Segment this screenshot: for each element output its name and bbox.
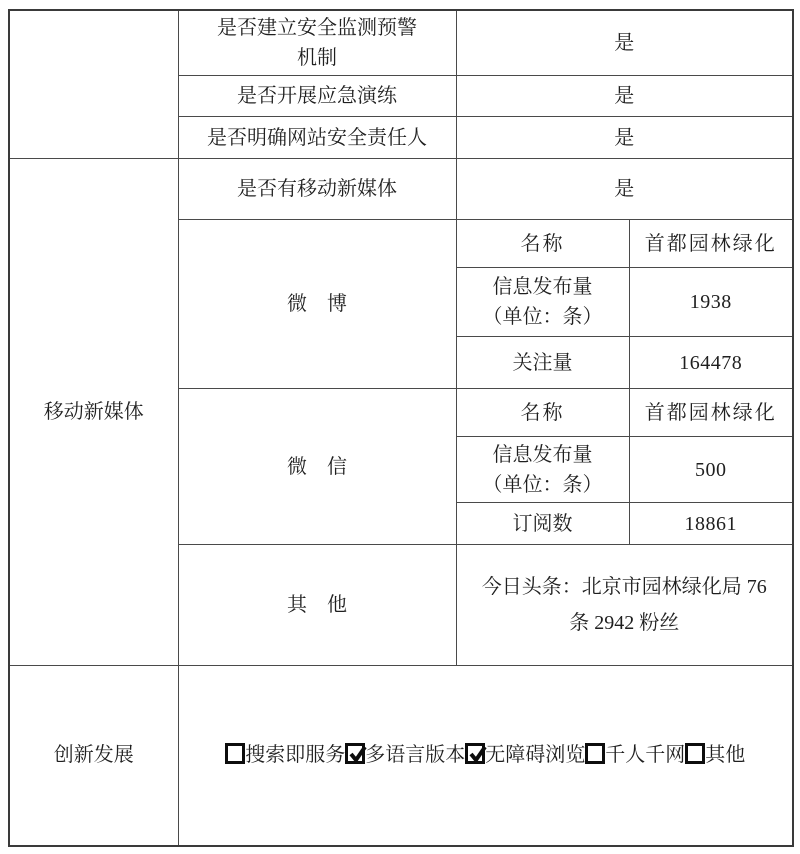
wechat-group-label: 微 信 [178,389,456,545]
other-media-value: 今日头条：北京市园林绿化局 76 条 2942 粉丝 [456,545,793,666]
checkbox-multilingual-icon[interactable] [345,743,365,764]
wechat-volume-value: 500 [629,437,793,503]
other-media-value-line1: 今日头条：北京市园林绿化局 76 [482,576,767,598]
report-page: 是否建立安全监测预警 机制 是 是否开展应急演练 是 是否明确网站安全责任人 是… [0,0,800,854]
mobile-media-availability-value: 是 [456,159,793,220]
checkbox-accessibility-icon[interactable] [465,743,485,764]
security-section-cell-empty [9,10,178,159]
wechat-subscribers-label: 订阅数 [456,503,629,545]
weibo-volume-label: 信息发布量 （单位：条） [456,268,629,337]
option-search-as-service-label: 搜索即服务 [245,744,345,766]
other-media-group-label: 其 他 [178,545,456,666]
weibo-followers-value: 164478 [629,337,793,389]
wechat-volume-label: 信息发布量 （单位：条） [456,437,629,503]
checkbox-other-icon[interactable] [685,743,705,764]
mobile-media-section-label: 移动新媒体 [9,159,178,666]
option-accessibility-label: 无障碍浏览 [485,744,585,766]
option-other-label: 其他 [705,744,745,766]
wechat-name-value: 首都园林绿化 [629,389,793,437]
security-question-monitoring-line1: 是否建立安全监测预警 [217,17,417,39]
weibo-volume-label-line1: 信息发布量 [493,276,593,298]
innovation-options-cell: 搜索即服务多语言版本无障碍浏览千人千网其他 [178,666,793,846]
mobile-media-availability-label: 是否有移动新媒体 [178,159,456,220]
option-accessibility: 无障碍浏览 [465,744,585,766]
weibo-followers-label: 关注量 [456,337,629,389]
innovation-options-line: 搜索即服务多语言版本无障碍浏览千人千网其他 [185,741,787,769]
security-answer-monitoring: 是 [456,10,793,76]
option-multilingual: 多语言版本 [345,744,465,766]
annual-report-table: 是否建立安全监测预警 机制 是 是否开展应急演练 是 是否明确网站安全责任人 是… [8,9,794,847]
weibo-name-value: 首都园林绿化 [629,220,793,268]
wechat-volume-label-line1: 信息发布量 [493,444,593,466]
wechat-volume-label-line2: （单位：条） [483,474,603,496]
wechat-subscribers-value: 18861 [629,503,793,545]
weibo-volume-value: 1938 [629,268,793,337]
security-question-monitoring-line2: 机制 [297,47,337,69]
weibo-name-label: 名称 [456,220,629,268]
wechat-name-label: 名称 [456,389,629,437]
innovation-section-label: 创新发展 [9,666,178,846]
checkbox-personalized-icon[interactable] [585,743,605,764]
option-personalized-label: 千人千网 [605,744,685,766]
option-personalized: 千人千网 [585,744,685,766]
weibo-group-label: 微 博 [178,220,456,389]
security-question-monitoring: 是否建立安全监测预警 机制 [178,10,456,76]
security-question-drill: 是否开展应急演练 [178,76,456,117]
weibo-volume-label-line2: （单位：条） [483,306,603,328]
other-media-value-line2: 条 2942 粉丝 [569,612,679,634]
option-other: 其他 [685,744,745,766]
checkbox-search-as-service-icon[interactable] [225,743,245,764]
security-question-responsible: 是否明确网站安全责任人 [178,117,456,159]
option-search-as-service: 搜索即服务 [225,744,345,766]
security-answer-drill: 是 [456,76,793,117]
security-answer-responsible: 是 [456,117,793,159]
option-multilingual-label: 多语言版本 [365,744,465,766]
